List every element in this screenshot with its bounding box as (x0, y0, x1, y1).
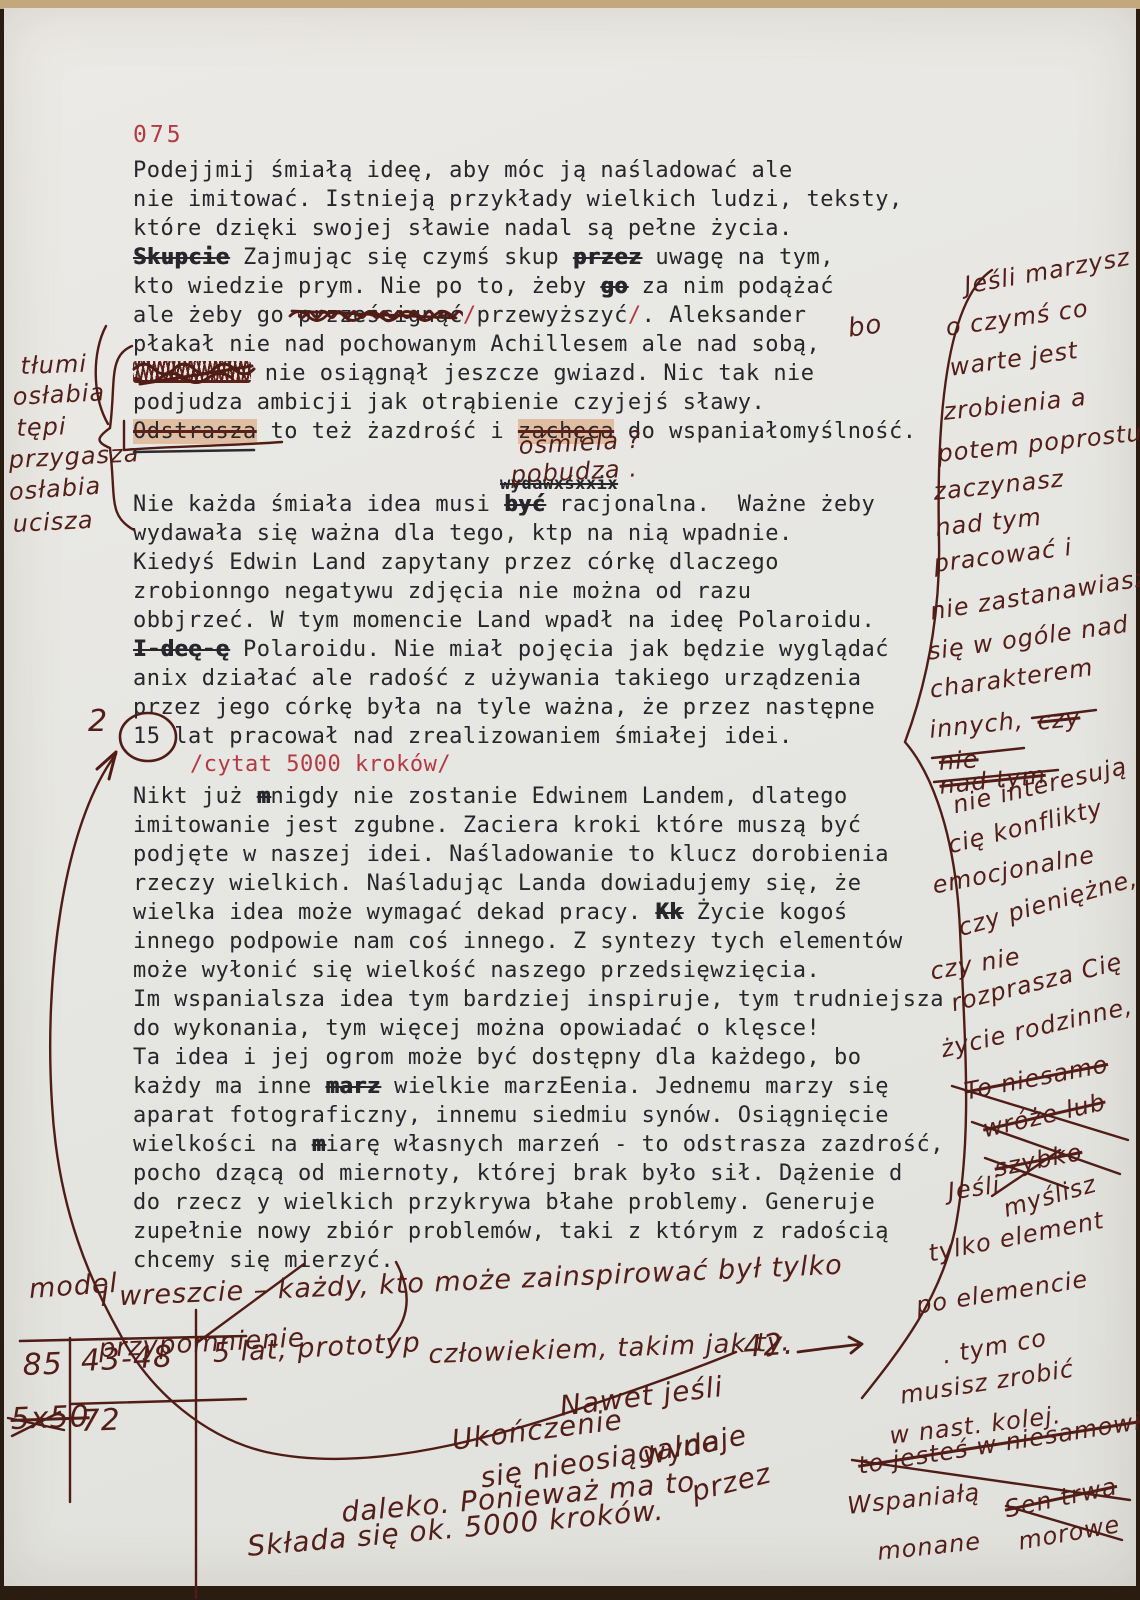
typed-line: anix działać ale radość z używania takie… (133, 664, 889, 693)
typed-line: Im wspanialsza idea tym bardziej inspiru… (133, 985, 944, 1014)
typed-line: może wyłonić się wielkość naszego przeds… (133, 956, 944, 985)
typed-line: zupełnie nowy zbiór problemów, taki z kt… (133, 1217, 944, 1246)
typed-line: Skupcie Zajmując się czymś skup przez uw… (133, 243, 917, 272)
typed-line: aparat fotograficzny, innemu siedmiu syn… (133, 1101, 944, 1130)
typed-line: Ta idea i jej ogrom może być dostępny dl… (133, 1043, 944, 1072)
margin-note-right: warte jest (948, 336, 1080, 382)
left-loop-arrowhead (97, 752, 116, 779)
typed-line: zrobionngo negatywu zdjęcia nie można od… (133, 577, 889, 606)
margin-note-right: czy (1036, 704, 1082, 736)
typed-line: I-deę-ę Polaroidu. Nie miał pojęcia jak … (133, 635, 889, 664)
margin-note-right: monane (876, 1527, 982, 1566)
typed-line: nie imitować. Istnieją przykłady wielkic… (133, 185, 917, 214)
margin-note-right: Wspaniałą (846, 1478, 982, 1520)
typed-line: wielka idea może wymagać dekad pracy. Kk… (133, 898, 944, 927)
typed-line: ale żeby go przześcignąć/przewyższyć/. A… (133, 301, 917, 330)
margin-note-right: innych, (928, 706, 1025, 744)
arrow-42 (798, 1337, 862, 1353)
section-divider-line (134, 450, 254, 452)
manuscript-photo: { "document": { "page_number": "075", "c… (0, 0, 1140, 1600)
bottom-note: przez (688, 1456, 774, 1508)
typed-line: Podejjmij śmiałą ideę, aby móc ją naślad… (133, 156, 917, 185)
margin-note-left: tłumi (20, 350, 87, 380)
margin-note-left: osłabia (12, 378, 106, 411)
margin-note-right: zaczynasz (932, 464, 1066, 506)
bottom-note-42: 42. (742, 1326, 795, 1364)
typed-line: które dzięki swojej sławie nadal są pełn… (133, 214, 917, 243)
typed-line: podjudza ambicji jak otrąbienie czyjejś … (133, 388, 917, 417)
bottom-note: człowiekiem, takim jak ty. (428, 1327, 791, 1370)
margin-note-left: osłabia (8, 472, 102, 506)
margin-note-right: nad tym (934, 503, 1043, 542)
typed-line: do wykonania, tym więcej można opowiadać… (133, 1014, 944, 1043)
margin-note-left: tępi (16, 412, 67, 442)
typed-line: pocho dzącą od miernoty, której brak był… (133, 1159, 944, 1188)
margin-note-right: Jeśli (946, 1171, 1002, 1206)
typed-line: wydawała się ważna dla tego, ktp na nią … (133, 519, 889, 548)
left-small-paren (96, 326, 108, 424)
table-cell: 5x50 (10, 1399, 90, 1437)
margin-note-left: przygasza (8, 439, 140, 474)
typed-line: Nikt już mnigdy nie zostanie Edwinem Lan… (133, 782, 944, 811)
typed-line: imitowanie jest zgubne. Zaciera kroki kt… (133, 811, 944, 840)
page-stage: 075 Podejjmij śmiałą ideę, aby móc ją na… (0, 0, 1140, 1600)
typed-line: 15 lat pracował nad zrealizowaniem śmiał… (133, 722, 889, 751)
table-cell: 85 (22, 1347, 63, 1383)
typed-line: kto wiedzie prym. Nie po to, żeby go za … (133, 272, 917, 301)
inline-note-pobudza: pobudza . (510, 454, 638, 489)
typed-line: każdy ma inne marz wielkie marzEenia. Je… (133, 1072, 944, 1101)
typed-paragraph: Nie każda śmiała idea musi być racjonaln… (133, 490, 889, 751)
inline-note-bo: bo (846, 309, 884, 343)
table-cell: 43-48 (80, 1339, 174, 1379)
margin-note-2: 2 (88, 704, 108, 739)
typed-line: przez jego córkę była na tyle ważna, że … (133, 693, 889, 722)
typed-line: innego podpowie nam coś innego. Z syntez… (133, 927, 944, 956)
margin-note-right: zrobienia a (942, 383, 1088, 426)
typed-line: wielkości na miarę własnych marzeń - to … (133, 1130, 944, 1159)
typed-line: Kiedyś Edwin Land zapytany przez córkę d… (133, 548, 889, 577)
margin-note-right: o czymś co (944, 294, 1090, 342)
left-margin-brace (100, 346, 135, 530)
typed-line: obbjrzeć. W tym momencie Land wpadł na i… (133, 606, 889, 635)
margin-note-right: Jeśli marzysz (962, 243, 1132, 300)
page-number: 075 (133, 122, 184, 148)
typed-line: podjęte w naszej idei. Naśladowanie to k… (133, 840, 944, 869)
typed-line: rzeczy wielkich. Naśladując Landa dowiad… (133, 869, 944, 898)
margin-note-right: potem poprostu (936, 418, 1140, 467)
typed-line: do rzecz y wielkich przykrywa błahe prob… (133, 1188, 944, 1217)
typed-line: Nie każda śmiała idea musi być racjonaln… (133, 490, 889, 519)
table-cell: 72 (80, 1403, 121, 1439)
typed-paragraph: Nikt już mnigdy nie zostanie Edwinem Lan… (133, 782, 944, 1275)
red-cytat-note: /cytat 5000 kroków/ (190, 752, 451, 777)
typed-paragraph: Podejjmij śmiałą ideę, aby móc ją naślad… (133, 156, 917, 446)
table-header: model (28, 1268, 119, 1305)
typed-line: płakał nie nad pochowanym Achillesem ale… (133, 330, 917, 359)
margin-note-left: ucisza (12, 506, 94, 538)
typed-line: nie osiągnął jeszcze gwiazd. Nic tak nie (133, 359, 917, 388)
